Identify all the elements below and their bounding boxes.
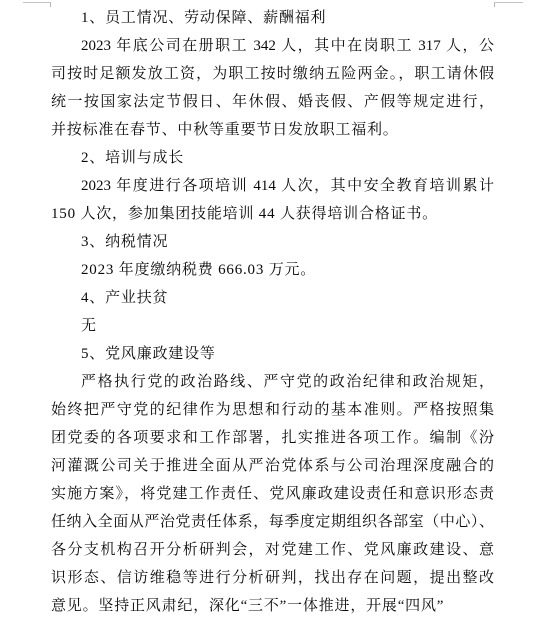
document-page: 1、员工情况、劳动保障、薪酬福利2023 年底公司在册职工 342 人，其中在岗… — [0, 0, 557, 627]
document-line: 司按时足额发放工资，为职工按时缴纳五险两金。，职工请休假 — [51, 60, 494, 88]
document-line: 统一按国家法定节假日、年休假、婚丧假、产假等规定进行， — [51, 88, 494, 116]
document-paragraph: 严格执行党的政治路线、严守党的政治纪律和政治规矩，始终把严守党的纪律作为思想和行… — [51, 368, 494, 620]
document-line: 各分支机构召开分析研判会，对党建工作、党风廉政建设、意 — [51, 536, 494, 564]
document-line: 4、产业扶贫 — [51, 284, 494, 312]
document-text: 1、员工情况、劳动保障、薪酬福利2023 年底公司在册职工 342 人，其中在岗… — [51, 4, 494, 620]
document-paragraph: 2023 年底公司在册职工 342 人，其中在岗职工 317 人，公司按时足额发… — [51, 32, 494, 144]
document-line: 1、员工情况、劳动保障、薪酬福利 — [51, 4, 494, 32]
document-line: 并按标准在春节、中秋等重要节日发放职工福利。 — [51, 116, 494, 144]
document-line: 3、纳税情况 — [51, 228, 494, 256]
document-paragraph: 2023 年度进行各项培训 414 人次，其中安全教育培训累计150 人次，参加… — [51, 172, 494, 228]
document-line: 5、党风廉政建设等 — [51, 340, 494, 368]
document-line: 识形态、信访维稳等进行分析研判，找出存在问题，提出整改 — [51, 564, 494, 592]
document-line: 严格执行党的政治路线、严守党的政治纪律和政治规矩， — [51, 368, 494, 396]
text-boundary-mark-top-left — [23, 2, 51, 7]
document-line: 2023 年底公司在册职工 342 人，其中在岗职工 317 人，公 — [51, 32, 494, 60]
document-line: 实施方案》，将党建工作责任、党风廉政建设责任和意识形态责 — [51, 480, 494, 508]
text-boundary-mark-top-right — [494, 2, 523, 7]
document-line: 河灌溉公司关于推进全面从严治党体系与公司治理深度融合的 — [51, 452, 494, 480]
document-line: 2023 年度进行各项培训 414 人次，其中安全教育培训累计 — [51, 172, 494, 200]
document-line: 任纳入全面从严治党责任体系，每季度定期组织各部室（中心）、 — [51, 508, 494, 536]
document-line: 意见。坚持正风肃纪，深化“三不”一体推进，开展“四风” — [51, 592, 494, 620]
document-line: 2、培训与成长 — [51, 144, 494, 172]
section-heading: 2、培训与成长 — [51, 144, 494, 172]
section-heading: 5、党风廉政建设等 — [51, 340, 494, 368]
document-paragraph: 2023 年度缴纳税费 666.03 万元。 — [51, 256, 494, 284]
section-heading: 3、纳税情况 — [51, 228, 494, 256]
document-line: 2023 年度缴纳税费 666.03 万元。 — [51, 256, 494, 284]
document-paragraph: 无 — [51, 312, 494, 340]
document-line: 团党委的各项要求和工作部署，扎实推进各项工作。编制《汾 — [51, 424, 494, 452]
section-heading: 1、员工情况、劳动保障、薪酬福利 — [51, 4, 494, 32]
section-heading: 4、产业扶贫 — [51, 284, 494, 312]
document-line: 无 — [51, 312, 494, 340]
document-line: 始终把严守党的纪律作为思想和行动的基本准则。严格按照集 — [51, 396, 494, 424]
document-line: 150 人次，参加集团技能培训 44 人获得培训合格证书。 — [51, 200, 494, 228]
